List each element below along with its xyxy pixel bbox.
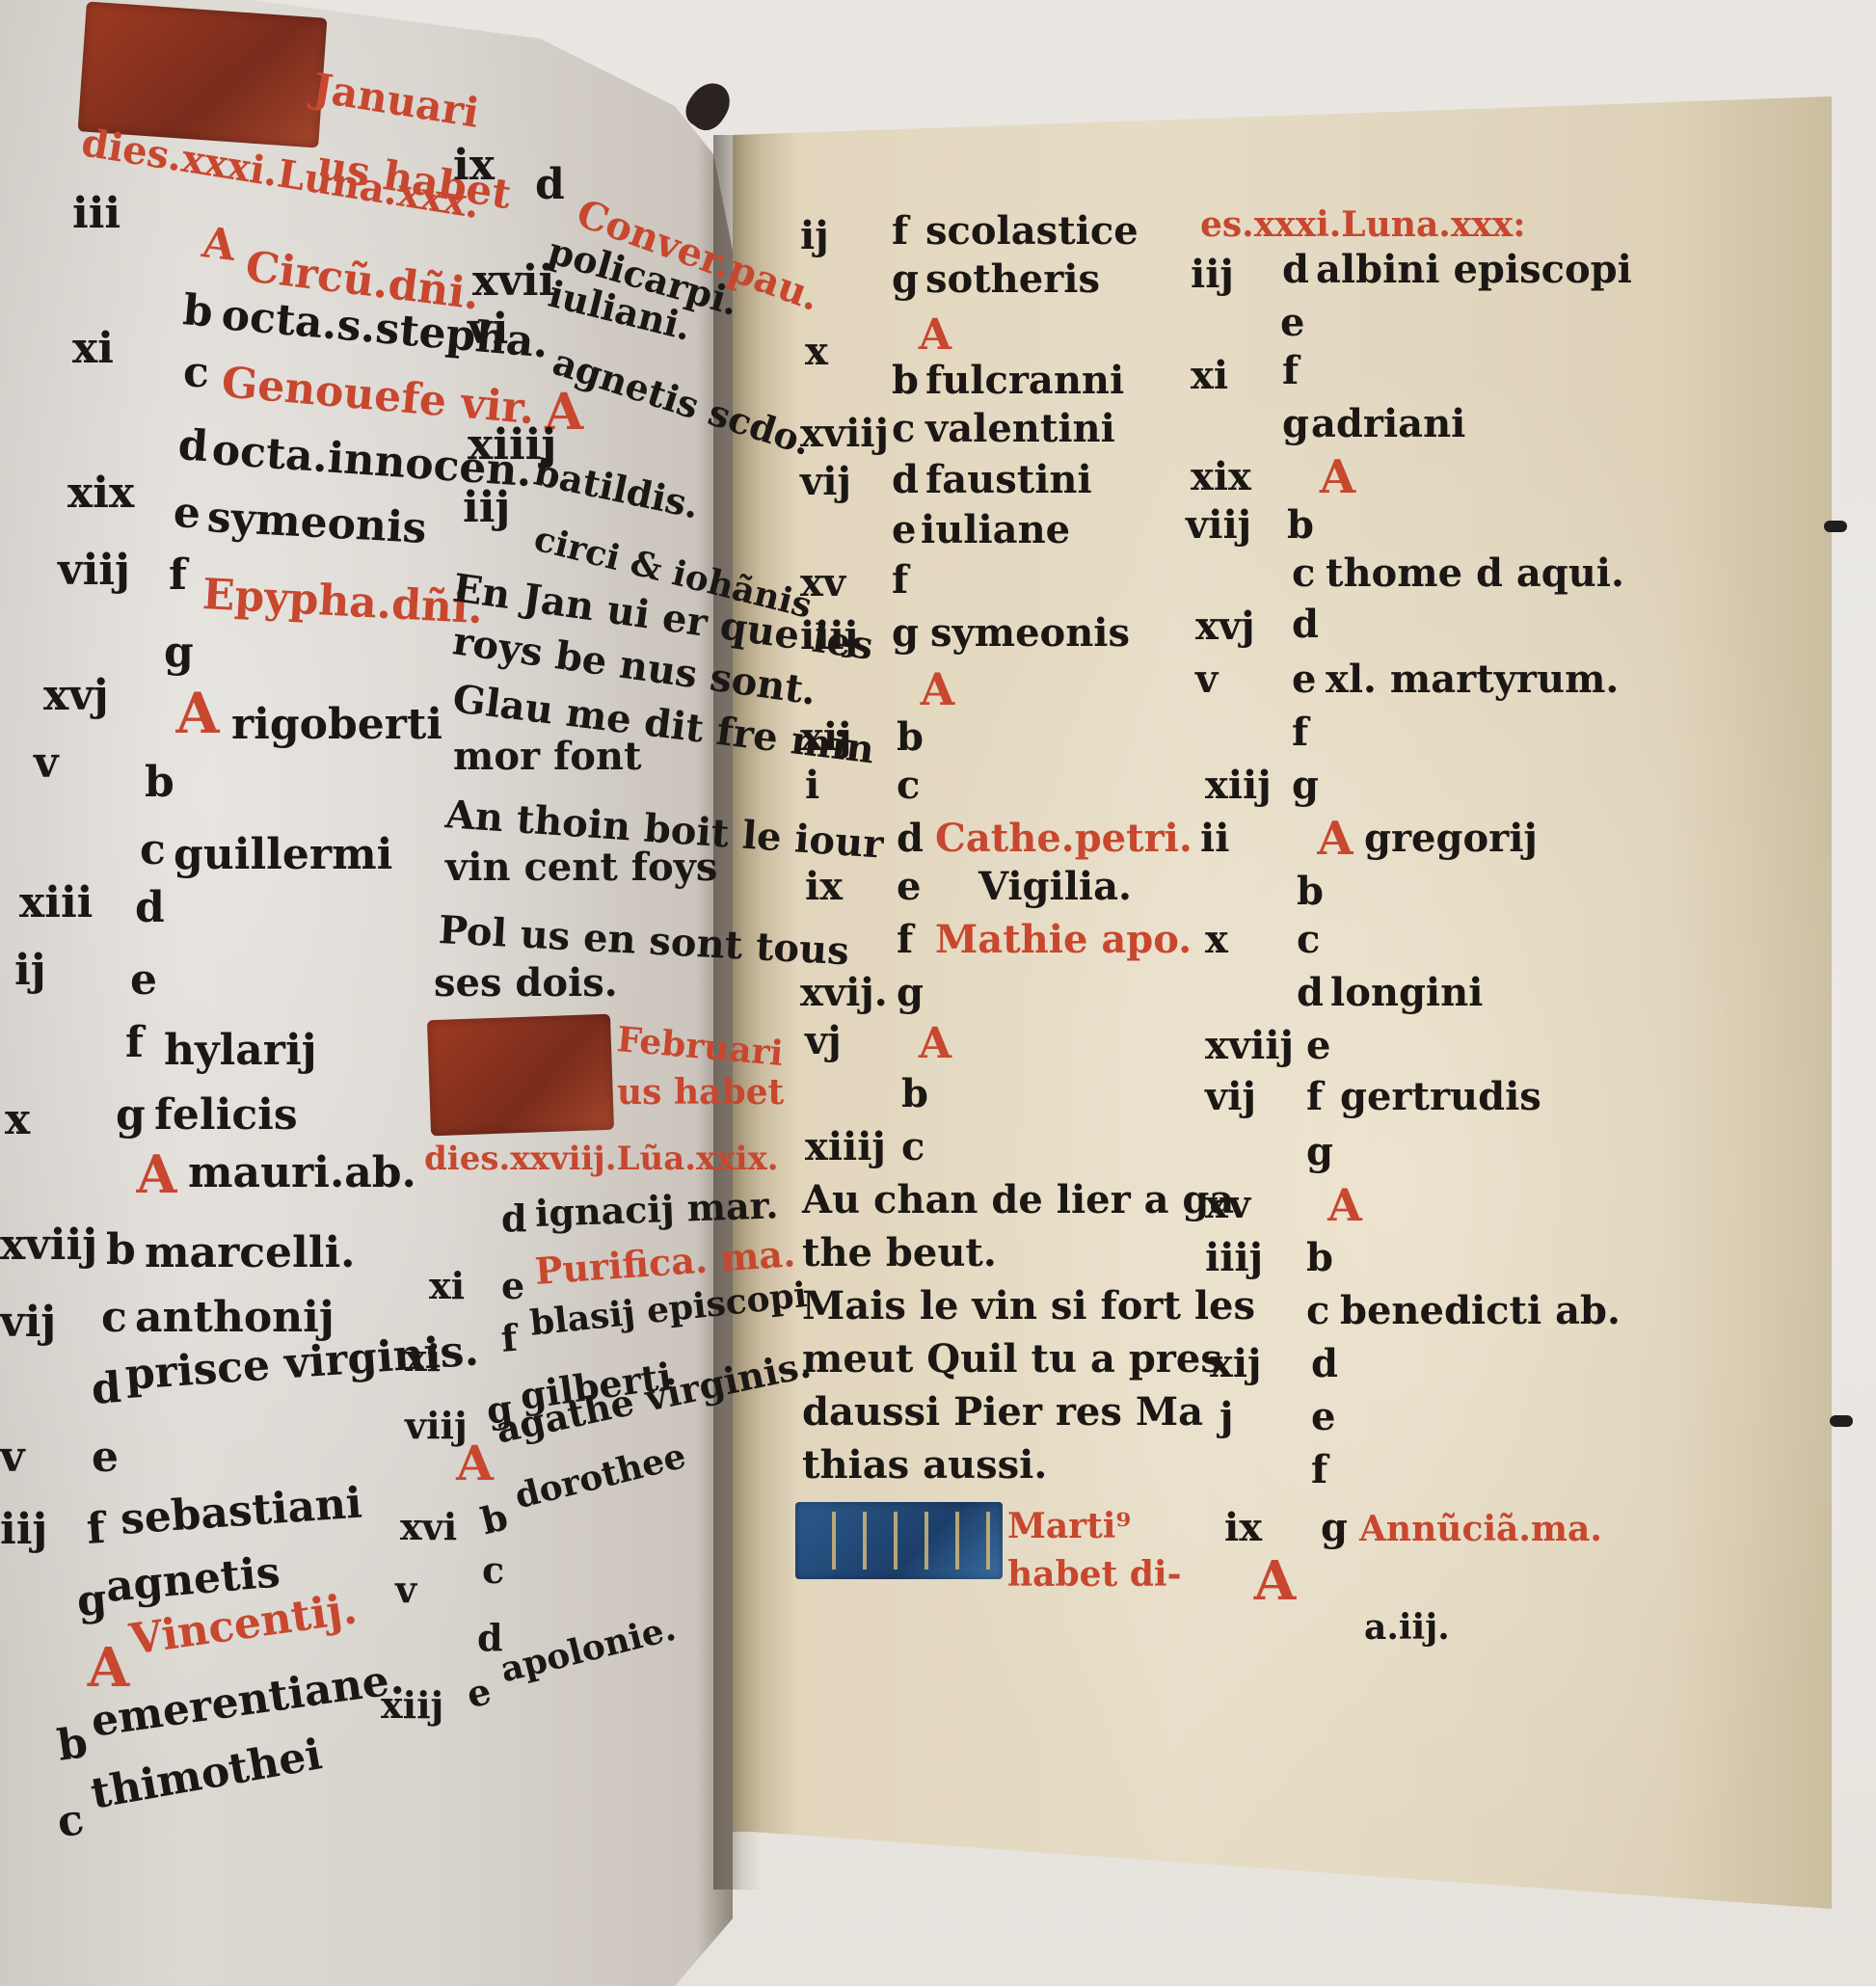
right-page-text: ij f scolastice g sotheris x A b fulcran… [0,0,1876,1986]
dominical-letter-a-initial: A [911,313,959,357]
golden-number: vij [1205,1078,1256,1116]
illuminated-initial-kl-march [795,1502,1003,1579]
dominical-letter: b [1306,1239,1333,1277]
dominical-letter: b [897,718,924,757]
dominical-letter-a-initial: A [1311,453,1364,501]
golden-number: xix [1191,458,1251,496]
dominical-letter: e [1306,1027,1330,1065]
saint-entry: sotheris [925,260,1100,299]
saint-entry: fulcranni [925,362,1124,400]
dominical-letter: e [892,511,916,550]
feast-matthias: Mathie apo. [935,921,1192,959]
golden-number: i [805,766,819,805]
march-heading-line1: Marti⁹ [1007,1509,1131,1543]
dominical-letter: c [901,1128,925,1167]
saint-entry: scolastice [925,212,1139,251]
dominical-letter: f [1282,352,1299,390]
golden-number: xviij [800,415,889,453]
dominical-letter: f [892,212,908,251]
golden-number: x [1205,921,1228,959]
dominical-letter: e [897,868,921,906]
saint-entry: faustini [925,461,1092,499]
dominical-letter: c [892,410,915,448]
dominical-letter: e [1311,1398,1335,1436]
golden-number: xij [1210,1345,1262,1383]
dominical-letter: g [1292,766,1319,805]
verse-line: thias aussi. [802,1446,1047,1485]
vigil-entry: Vigilia. [978,868,1132,906]
golden-number: ix [1224,1509,1262,1547]
dominical-letter: f [892,561,908,600]
dominical-letter-a-initial: A [1306,815,1364,863]
dominical-letter: b [1287,506,1314,545]
saint-entry: benedicti ab. [1340,1292,1621,1330]
feast-annunciation: Annũciã.ma. [1359,1512,1602,1546]
saint-entry: albini episcopi [1316,251,1632,289]
dominical-letter: f [1311,1451,1327,1489]
dominical-letter: g [1282,405,1309,443]
dominical-letter: c [1292,554,1315,593]
golden-number: xiij [1205,766,1272,805]
saint-entry: symeonis [930,614,1130,653]
saint-entry: valentini [925,410,1115,448]
golden-number: xvj [1195,607,1255,646]
dominical-letter: c [1306,1292,1329,1330]
dominical-letter: g [892,614,919,653]
saint-entry: longini [1330,974,1483,1012]
verse-line: the beut. [802,1234,997,1273]
dominical-letter-a-initial: A [911,1022,959,1065]
golden-number: xv [1205,1186,1250,1224]
golden-number: vij [800,463,851,501]
dominical-letter: d [1311,1345,1338,1383]
golden-number: iiij [1205,1239,1263,1277]
golden-number: xij [800,718,852,757]
dominical-letter-a-initial: A [1316,1181,1374,1229]
golden-number: viij [1186,506,1251,545]
march-heading-continued: es.xxxi.Luna.xxx: [1200,207,1526,242]
golden-number: xviij [1205,1027,1294,1065]
saint-entry: xl. martyrum. [1326,660,1619,699]
signature-mark: a.iij. [1364,1610,1450,1645]
dominical-letter: d [897,819,924,858]
golden-number: ix [805,868,843,906]
verse-line: daussi Pier res Ma [802,1393,1203,1432]
dominical-letter-a-initial: A [911,665,964,713]
golden-number: x [805,333,828,371]
dominical-letter-a-initial: A [1244,1552,1306,1610]
golden-number: j [1219,1398,1233,1436]
dominical-letter: d [1282,251,1309,289]
dominical-letter: e [1292,660,1316,699]
dominical-letter: b [892,362,919,400]
dominical-letter: c [1297,921,1320,959]
golden-number: xvij. [800,974,888,1012]
dominical-letter: c [897,766,920,805]
march-heading-line2: habet di- [1007,1557,1182,1592]
dominical-letter: d [892,461,919,499]
saint-entry: gregorij [1364,819,1538,858]
golden-number: v [1195,660,1218,699]
golden-number: ii [1200,819,1229,858]
saint-entry: thome d aqui. [1326,554,1624,593]
dominical-letter: d [1292,605,1319,644]
golden-number: ij [800,217,829,255]
saint-entry: iuliane [921,511,1070,550]
book-photograph: Januari us habet dies.xxxi.Luna.xxx. iii… [0,0,1876,1986]
dominical-letter: b [1297,872,1324,911]
golden-number: vj [805,1022,842,1060]
feast-chair-of-peter: Cathe.petri. [935,819,1193,858]
dominical-letter: f [1292,713,1308,752]
dominical-letter: g [1306,1133,1333,1171]
golden-number: xiiij [805,1128,886,1167]
dominical-letter: f [897,921,913,959]
dominical-letter: g [1321,1509,1348,1547]
golden-number: iiij [800,617,858,656]
dominical-letter: b [901,1075,928,1114]
dominical-letter: g [892,260,919,299]
dominical-letter: e [1280,304,1304,342]
saint-entry: adriani [1311,405,1465,443]
golden-number: xi [1191,357,1228,395]
golden-number: iij [1191,255,1234,294]
verse-line: Au chan de lier a ga [802,1181,1234,1220]
saint-entry: gertrudis [1340,1078,1541,1116]
verse-line: Mais le vin si fort les [802,1287,1255,1326]
dominical-letter: g [897,974,924,1012]
dominical-letter: f [1306,1078,1323,1116]
verse-line: meut Quil tu a pres [802,1340,1222,1379]
golden-number: xv [800,564,845,603]
dominical-letter: d [1297,974,1324,1012]
